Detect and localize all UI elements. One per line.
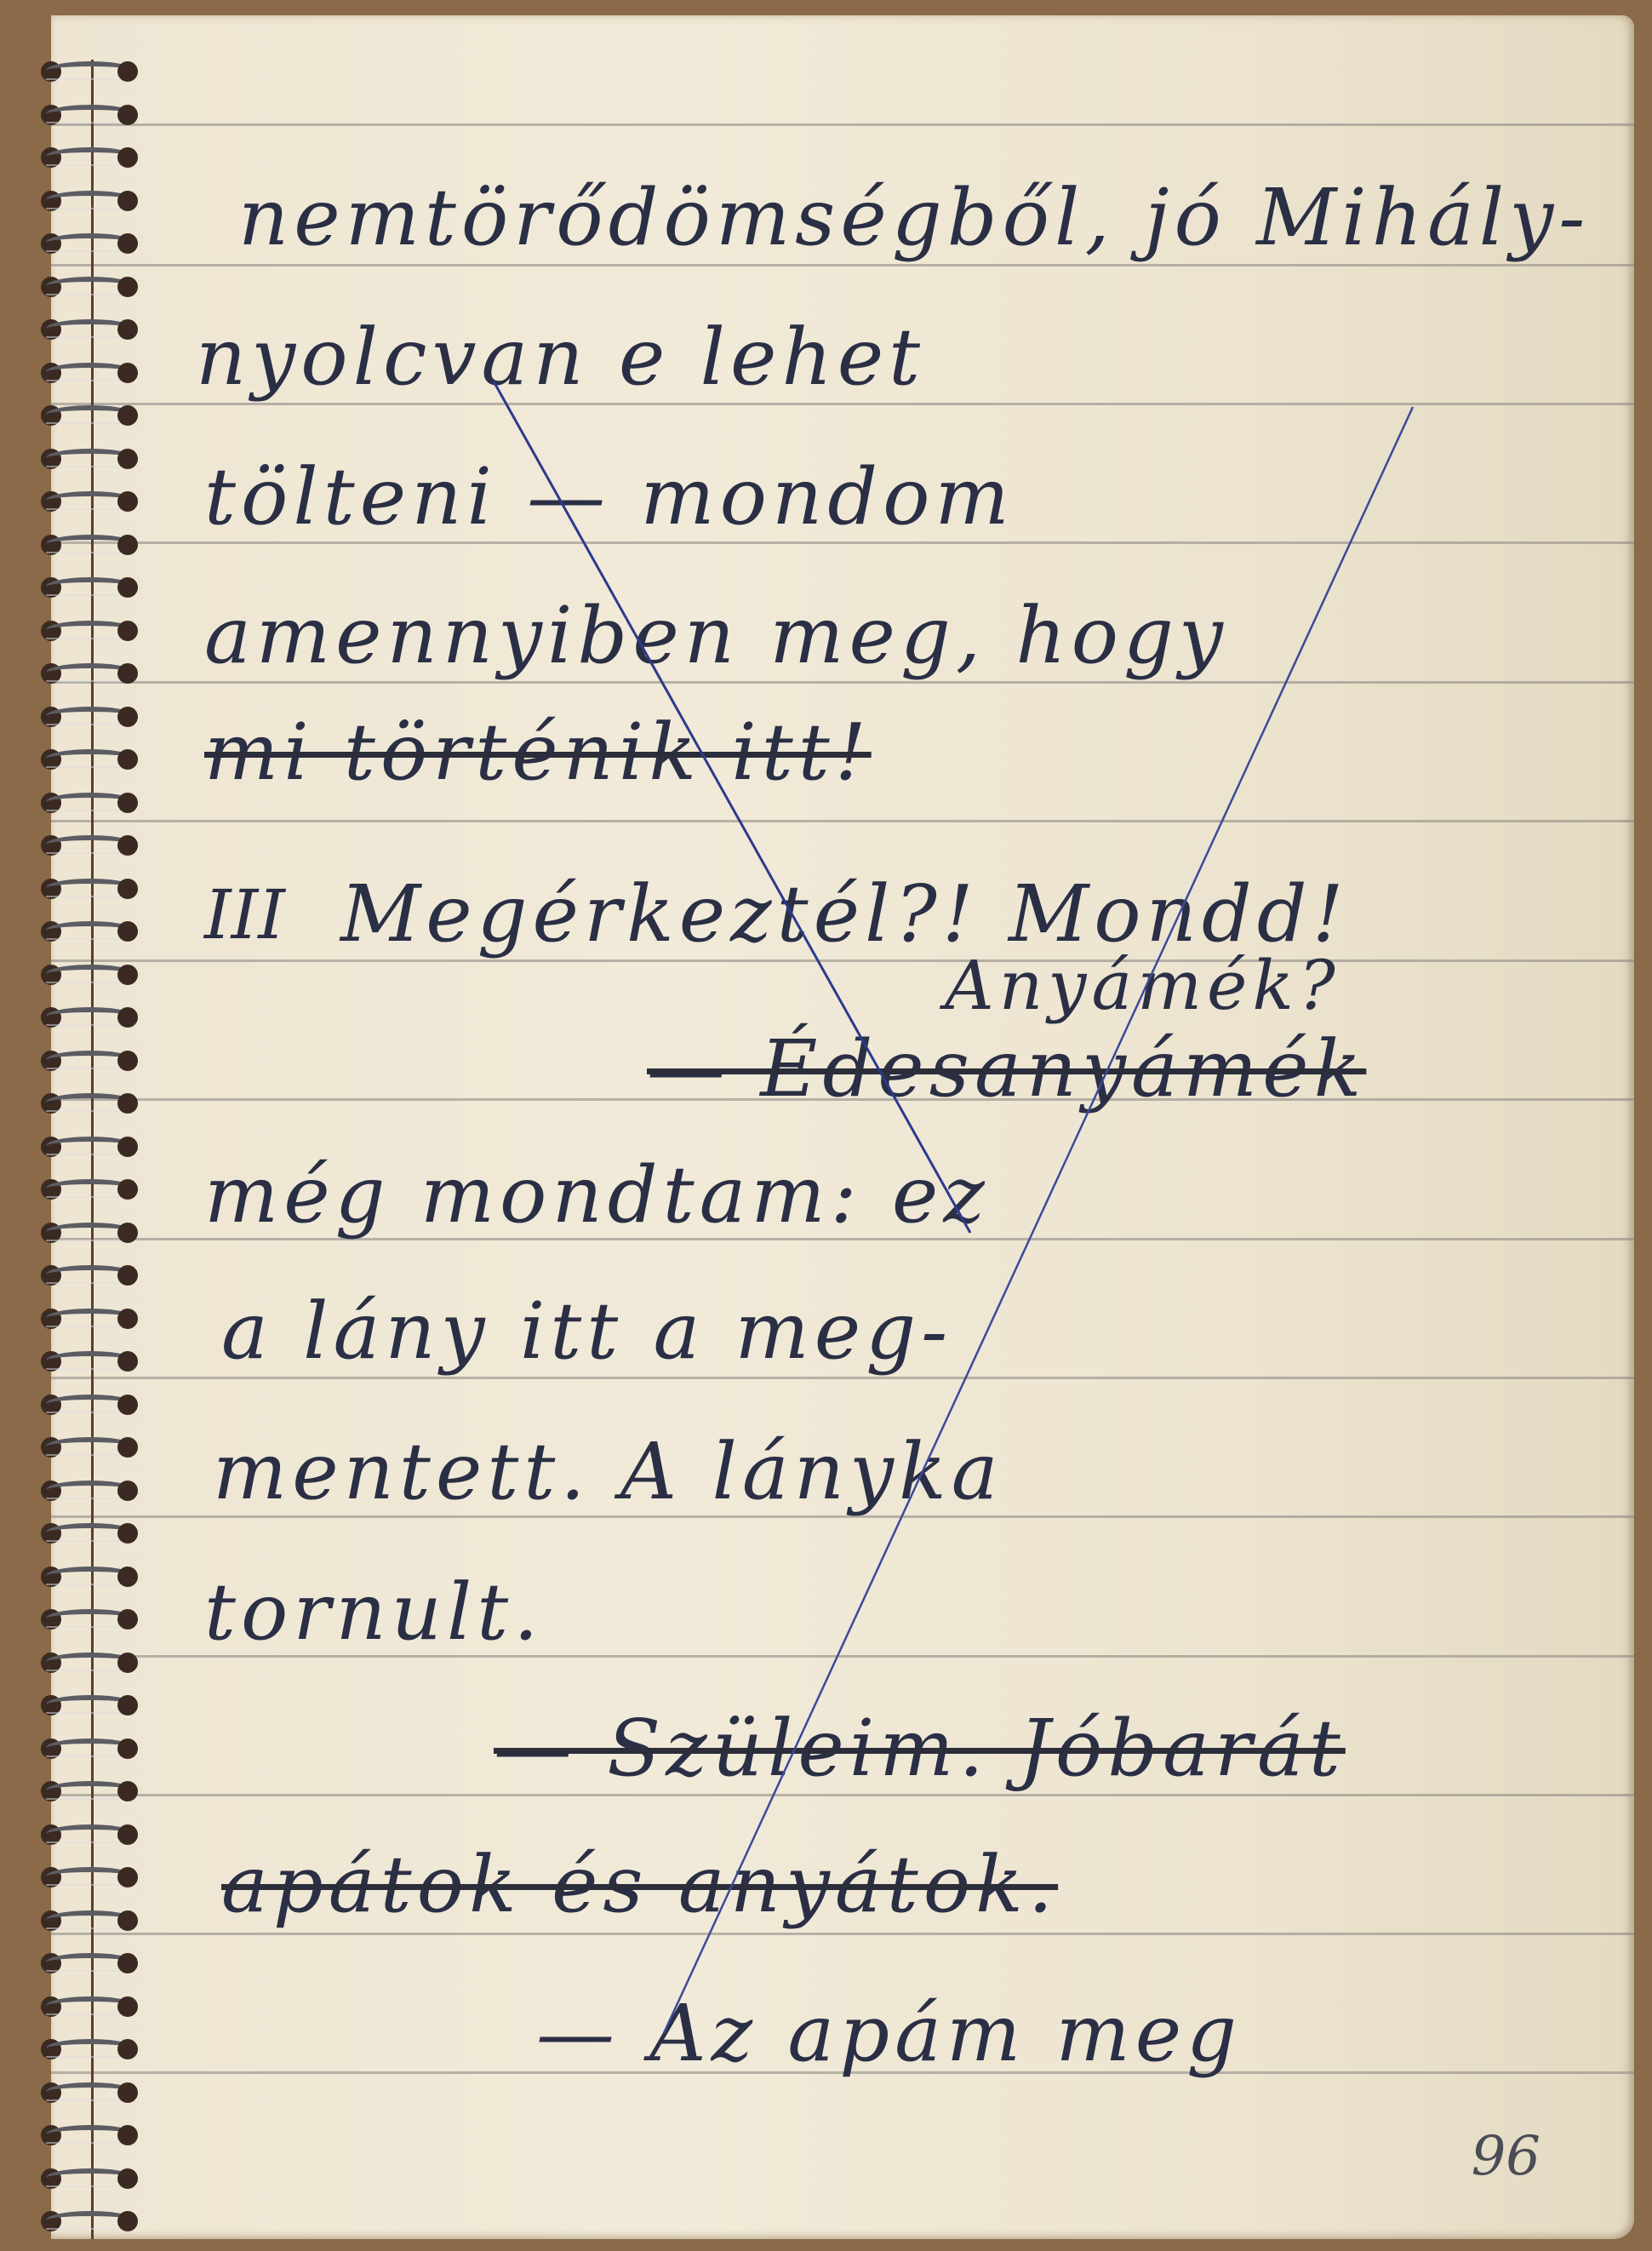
punch-hole [117, 147, 138, 168]
spiral-coil [34, 1479, 140, 1504]
spiral-coil [34, 1865, 140, 1891]
spiral-coil [34, 60, 140, 85]
punch-hole [117, 879, 138, 899]
spiral-coil [34, 1049, 140, 1074]
punch-hole [117, 405, 138, 426]
spiral-coil [34, 447, 140, 473]
spiral-coil [34, 1693, 140, 1719]
spiral-coil [34, 1349, 140, 1375]
spiral-coil [34, 1909, 140, 1934]
punch-hole [117, 1695, 138, 1715]
punch-hole [117, 1179, 138, 1200]
spiral-coil [34, 1135, 140, 1160]
punch-hole [117, 1910, 138, 1931]
punch-hole [117, 233, 138, 254]
spiral-coil [34, 2209, 140, 2235]
punch-hole [117, 1824, 138, 1845]
punch-hole [117, 1051, 138, 1071]
punch-hole [117, 449, 138, 469]
spiral-coil [34, 490, 140, 515]
spiral-coil [34, 705, 140, 730]
notebook-page: nemtörődömségből, jó Mihály- nyolcvan e … [51, 15, 1634, 2239]
spiral-binding [34, 60, 153, 2239]
spiral-coil [34, 533, 140, 558]
punch-hole [117, 191, 138, 211]
punch-hole [117, 1093, 138, 1114]
spiral-coil [34, 1221, 140, 1246]
spiral-coil [34, 1651, 140, 1676]
spiral-coil [34, 1177, 140, 1203]
spiral-coil [34, 1607, 140, 1633]
spiral-coil [34, 1779, 140, 1805]
punch-hole [117, 749, 138, 770]
spiral-coil [34, 833, 140, 859]
spiral-coil [34, 318, 140, 343]
spiral-coil [34, 1435, 140, 1461]
punch-hole [117, 277, 138, 297]
punch-hole [117, 1007, 138, 1028]
spiral-coil [34, 1263, 140, 1289]
spiral-coil [34, 1565, 140, 1590]
crossout-stroke-left [494, 381, 970, 1233]
punch-hole [117, 835, 138, 856]
spiral-coil [34, 2123, 140, 2149]
punch-hole [117, 2125, 138, 2145]
punch-hole [117, 319, 138, 340]
spiral-coil [34, 2167, 140, 2192]
punch-hole [117, 2211, 138, 2231]
spiral-coil [34, 404, 140, 429]
punch-hole [117, 1437, 138, 1458]
punch-hole [117, 61, 138, 82]
spiral-coil [34, 146, 140, 171]
punch-hole [117, 2039, 138, 2059]
spiral-coil [34, 747, 140, 773]
punch-hole [117, 921, 138, 942]
punch-hole [117, 663, 138, 684]
punch-hole [117, 1567, 138, 1587]
spiral-coil [34, 576, 140, 601]
spiral-coil [34, 1521, 140, 1547]
punch-hole [117, 1309, 138, 1329]
spiral-coil [34, 189, 140, 215]
punch-hole [117, 793, 138, 813]
punch-hole [117, 2168, 138, 2189]
punch-hole [117, 621, 138, 641]
spiral-coil [34, 1737, 140, 1762]
punch-hole [117, 1137, 138, 1157]
punch-hole [117, 105, 138, 125]
spiral-coil [34, 232, 140, 257]
spiral-coil [34, 103, 140, 129]
crossout-stroke-right [664, 407, 1413, 2033]
punch-hole [117, 1395, 138, 1415]
punch-hole [117, 2082, 138, 2103]
punch-hole [117, 707, 138, 727]
punch-hole [117, 1481, 138, 1501]
spiral-coil [34, 1091, 140, 1117]
punch-hole [117, 1652, 138, 1673]
punch-hole [117, 1953, 138, 1973]
spiral-coil [34, 1393, 140, 1418]
spiral-coil [34, 877, 140, 902]
spiral-coil [34, 2081, 140, 2106]
spiral-coil [34, 662, 140, 687]
spiral-coil [34, 361, 140, 387]
punch-hole [117, 363, 138, 383]
spiral-coil [34, 963, 140, 988]
punch-hole [117, 1265, 138, 1286]
punch-hole [117, 1523, 138, 1544]
punch-hole [117, 1738, 138, 1759]
spiral-coil [34, 791, 140, 816]
punch-hole [117, 1609, 138, 1630]
spiral-coil [34, 275, 140, 301]
punch-hole [117, 1223, 138, 1243]
punch-hole [117, 1996, 138, 2017]
spiral-coil [34, 919, 140, 945]
spiral-coil [34, 1951, 140, 1977]
punch-hole [117, 965, 138, 985]
punch-hole [117, 1867, 138, 1887]
spiral-coil [34, 1307, 140, 1332]
punch-hole [117, 491, 138, 512]
crossout-v-strokes [51, 15, 1634, 2239]
spiral-coil [34, 1005, 140, 1031]
spiral-coil [34, 2037, 140, 2063]
punch-hole [117, 1781, 138, 1801]
punch-hole [117, 535, 138, 555]
spiral-coil [34, 1823, 140, 1848]
spiral-coil [34, 1995, 140, 2020]
punch-hole [117, 1351, 138, 1372]
spiral-coil [34, 619, 140, 644]
punch-hole [117, 577, 138, 598]
